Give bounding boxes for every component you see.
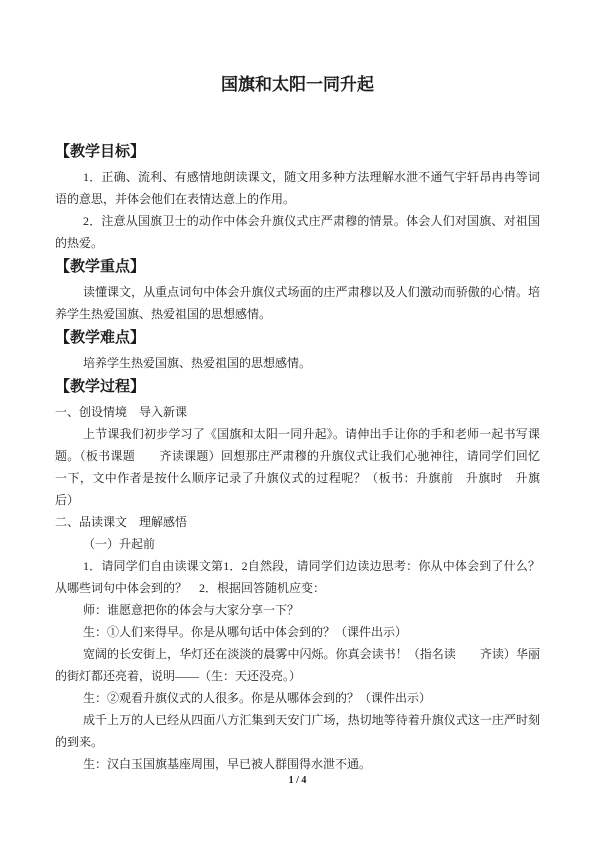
paragraph: 1．正确、流利、有感情地朗读课文，随文用多种方法理解水泄不通气宇轩昂冉冉等词语的… — [55, 166, 540, 210]
paragraph: 成千上万的人已经从四面八方汇集到天安门广场，热切地等待着升旗仪式这一庄严时刻的到… — [55, 709, 540, 753]
paragraph: 生：②观看升旗仪式的人很多。你是从哪体会到的？（课件出示） — [55, 687, 540, 709]
document-title: 国旗和太阳一同升起 — [55, 73, 540, 97]
paragraph: 培养学生热爱国旗、热爱祖国的思想感情。 — [55, 352, 540, 374]
paragraph: 生：①人们来得早。你是从哪句话中体会到的？（课件出示） — [55, 621, 540, 643]
list-item-section-two: 二、品读课文 理解感悟 — [55, 511, 540, 533]
paragraph: 师：谁愿意把你的体会与大家分享一下？ — [55, 599, 540, 621]
section-heading-teaching-process: 【教学过程】 — [55, 376, 540, 398]
paragraph: 读懂课文，从重点词句中体会升旗仪式场面的庄严肃穆以及人们激动而骄傲的心情。培养学… — [55, 281, 540, 325]
paragraph: 2．注意从国旗卫士的动作中体会升旗仪式庄严肃穆的情景。体会人们对国旗、对祖国的热… — [55, 210, 540, 254]
paragraph: 1．请同学们自由读课文第1．2自然段，请同学们边读边思考：你从中体会到了什么？从… — [55, 555, 540, 599]
page-number: 1 / 4 — [0, 775, 595, 786]
document-content: 国旗和太阳一同升起 【教学目标】 1．正确、流利、有感情地朗读课文，随文用多种方… — [0, 0, 595, 775]
paragraph: 宽阔的长安街上，华灯还在淡淡的晨雾中闪烁。你真会读书！（指名读 齐读）华丽的街灯… — [55, 643, 540, 687]
document-page: 国旗和太阳一同升起 【教学目标】 1．正确、流利、有感情地朗读课文，随文用多种方… — [0, 0, 595, 841]
list-item-section-one: 一、创设情境 导入新课 — [55, 401, 540, 423]
section-heading-teaching-key-points: 【教学重点】 — [55, 256, 540, 278]
section-heading-teaching-goals: 【教学目标】 — [55, 141, 540, 163]
paragraph: 上节课我们初步学习了《国旗和太阳一同升起》。请伸出手让你的手和老师一起书写课题。… — [55, 423, 540, 511]
section-heading-teaching-difficulties: 【教学难点】 — [55, 327, 540, 349]
paragraph: （一）升起前 — [55, 533, 540, 555]
paragraph: 生：汉白玉国旗基座周围，早已被人群围得水泄不通。 — [55, 753, 540, 775]
